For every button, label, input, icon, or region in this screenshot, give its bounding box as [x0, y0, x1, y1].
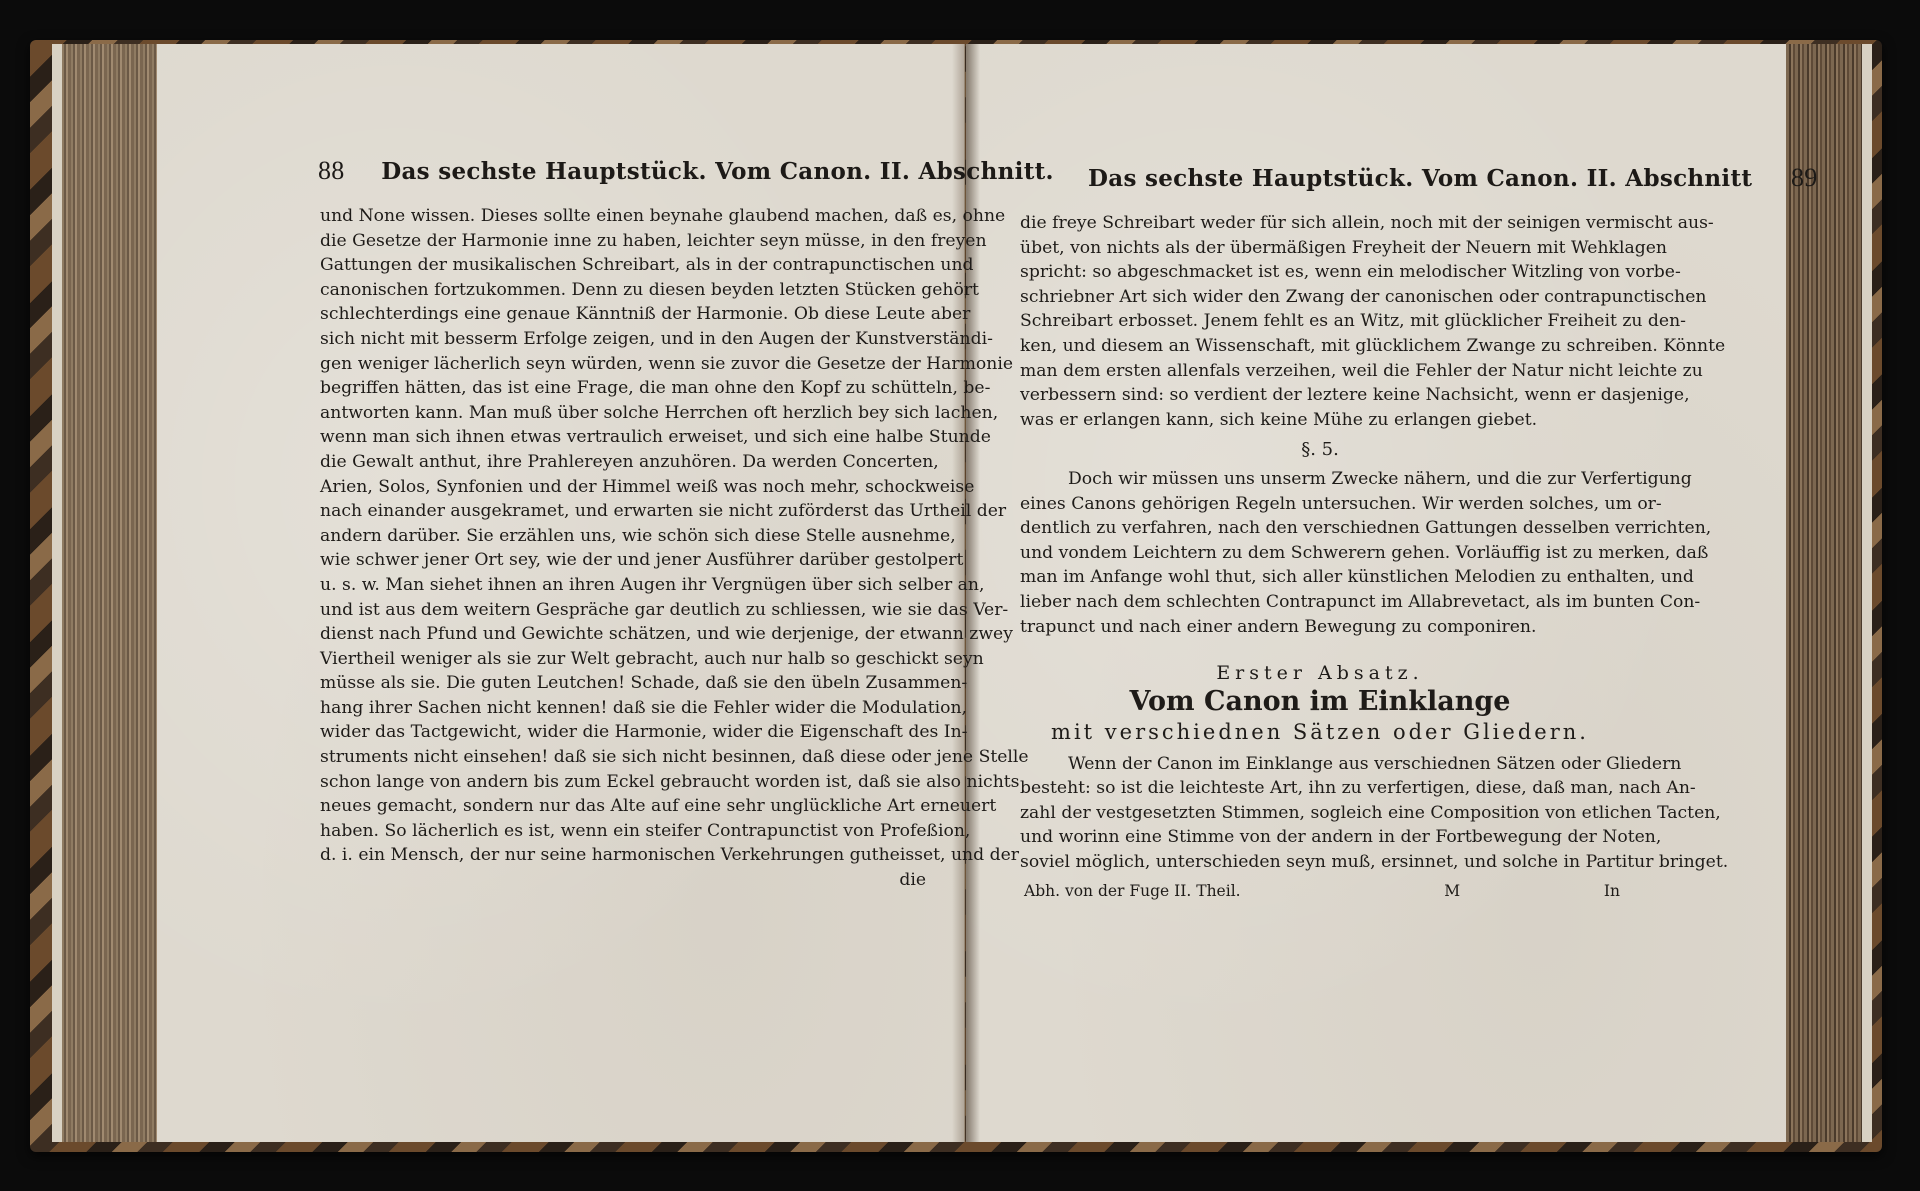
- page-footer: Abh. von der Fuge II. Theil. M In: [1020, 879, 1620, 904]
- right-running-head: Das sechste Hauptstück. Vom Canon. II. A…: [1088, 163, 1818, 193]
- text-line: trapunct und nach einer andern Bewegung …: [1020, 615, 1620, 640]
- text-line: schon lange von andern bis zum Eckel geb…: [320, 770, 926, 795]
- left-running-head: 88 Das sechste Hauptstück. Vom Canon. II…: [318, 156, 1054, 186]
- left-page-block-edge: [52, 44, 172, 1142]
- text-line: was er erlangen kann, sich keine Mühe zu…: [1020, 408, 1620, 433]
- right-page-body: die freye Schreibart weder für sich alle…: [1020, 211, 1620, 903]
- left-page-number: 88: [318, 156, 345, 185]
- text-line: müsse als sie. Die guten Leutchen! Schad…: [320, 671, 926, 696]
- text-line: andern darüber. Sie erzählen uns, wie sc…: [320, 524, 926, 549]
- text-line: Viertheil weniger als sie zur Welt gebra…: [320, 647, 926, 672]
- text-line: verbessern sind: so verdient der leztere…: [1020, 383, 1620, 408]
- right-page-number: 89: [1791, 163, 1818, 192]
- text-line: haben. So lächerlich es ist, wenn ein st…: [320, 819, 926, 844]
- text-line: soviel möglich, unterschieden seyn muß, …: [1020, 850, 1620, 875]
- text-line: man dem ersten allenfals verzeihen, weil…: [1020, 359, 1620, 384]
- text-line: struments nicht einsehen! daß sie sich n…: [320, 745, 926, 770]
- subsection-title: Vom Canon im Einklange: [1020, 686, 1620, 718]
- text-line: dienst nach Pfund und Gewichte schätzen,…: [320, 622, 926, 647]
- text-line: canonischen fortzukommen. Denn zu diesen…: [320, 278, 926, 303]
- text-line: spricht: so abgeschmacket ist es, wenn e…: [1020, 260, 1620, 285]
- text-line: Wenn der Canon im Einklange aus verschie…: [1020, 752, 1620, 777]
- text-line: man im Anfange wohl thut, sich aller kün…: [1020, 565, 1620, 590]
- text-line: d. i. ein Mensch, der nur seine harmonis…: [320, 843, 926, 868]
- text-line: Arien, Solos, Synfonien und der Himmel w…: [320, 475, 926, 500]
- text-line: und ist aus dem weitern Gespräche gar de…: [320, 598, 926, 623]
- text-line: und None wissen. Dieses sollte einen bey…: [320, 204, 926, 229]
- text-line: sich nicht mit besserm Erfolge zeigen, u…: [320, 327, 926, 352]
- text-line: Gattungen der musikalischen Schreibart, …: [320, 253, 926, 278]
- text-line: wider das Tactgewicht, wider die Harmoni…: [320, 720, 926, 745]
- paragraph-canon-unison: Wenn der Canon im Einklange aus verschie…: [1020, 752, 1620, 875]
- paragraph-continuation: die freye Schreibart weder für sich alle…: [1020, 211, 1620, 432]
- text-line: begriffen hätten, das ist eine Frage, di…: [320, 376, 926, 401]
- text-line: hang ihrer Sachen nicht kennen! daß sie …: [320, 696, 926, 721]
- text-line: besteht: so ist die leichteste Art, ihn …: [1020, 776, 1620, 801]
- subsection-label: Erster Absatz.: [1020, 661, 1620, 686]
- right-page-block-edge: [1784, 44, 1872, 1142]
- catchword-right: In: [1604, 879, 1620, 904]
- signature-title: Abh. von der Fuge II. Theil.: [1020, 879, 1241, 904]
- text-line: eines Canons gehörigen Regeln untersuche…: [1020, 492, 1620, 517]
- text-line: und worinn eine Stimme von der andern in…: [1020, 825, 1620, 850]
- text-line: lieber nach dem schlechten Contrapunct i…: [1020, 590, 1620, 615]
- text-line: dentlich zu verfahren, nach den verschie…: [1020, 516, 1620, 541]
- right-running-head-title: Das sechste Hauptstück. Vom Canon. II. A…: [1088, 165, 1752, 192]
- catchword-left: die: [320, 868, 926, 893]
- text-line: übet, von nichts als der übermäßigen Fre…: [1020, 236, 1620, 261]
- text-line: neues gemacht, sondern nur das Alte auf …: [320, 794, 926, 819]
- text-line: gen weniger lächerlich seyn würden, wenn…: [320, 352, 926, 377]
- text-line: Doch wir müssen uns unserm Zwecke nähern…: [1020, 467, 1620, 492]
- text-line: Schreibart erbosset. Jenem fehlt es an W…: [1020, 309, 1620, 334]
- text-line: und vondem Leichtern zu dem Schwerern ge…: [1020, 541, 1620, 566]
- left-page-body: und None wissen. Dieses sollte einen bey…: [320, 204, 926, 893]
- left-running-head-title: Das sechste Hauptstück. Vom Canon. II. A…: [381, 158, 1054, 185]
- signature-mark: M: [1444, 879, 1460, 904]
- subsection-subtitle: mit verschiednen Sätzen oder Gliedern.: [1020, 718, 1620, 746]
- text-line: wenn man sich ihnen etwas vertraulich er…: [320, 425, 926, 450]
- text-line: zahl der vestgesetzten Stimmen, sogleich…: [1020, 801, 1620, 826]
- text-line: schlechterdings eine genaue Känntniß der…: [320, 302, 926, 327]
- text-line: antworten kann. Man muß über solche Herr…: [320, 401, 926, 426]
- text-line: die Gewalt anthut, ihre Prahlereyen anzu…: [320, 450, 926, 475]
- paragraph-section-5: Doch wir müssen uns unserm Zwecke nähern…: [1020, 467, 1620, 639]
- text-line: nach einander ausgekramet, und erwarten …: [320, 499, 926, 524]
- text-line: die Gesetze der Harmonie inne zu haben, …: [320, 229, 926, 254]
- section-sign: §. 5.: [1020, 438, 1620, 463]
- text-line: wie schwer jener Ort sey, wie der und je…: [320, 548, 926, 573]
- text-line: schriebner Art sich wider den Zwang der …: [1020, 285, 1620, 310]
- text-line: die freye Schreibart weder für sich alle…: [1020, 211, 1620, 236]
- text-line: ken, und diesem an Wissenschaft, mit glü…: [1020, 334, 1620, 359]
- text-line: u. s. w. Man siehet ihnen an ihren Augen…: [320, 573, 926, 598]
